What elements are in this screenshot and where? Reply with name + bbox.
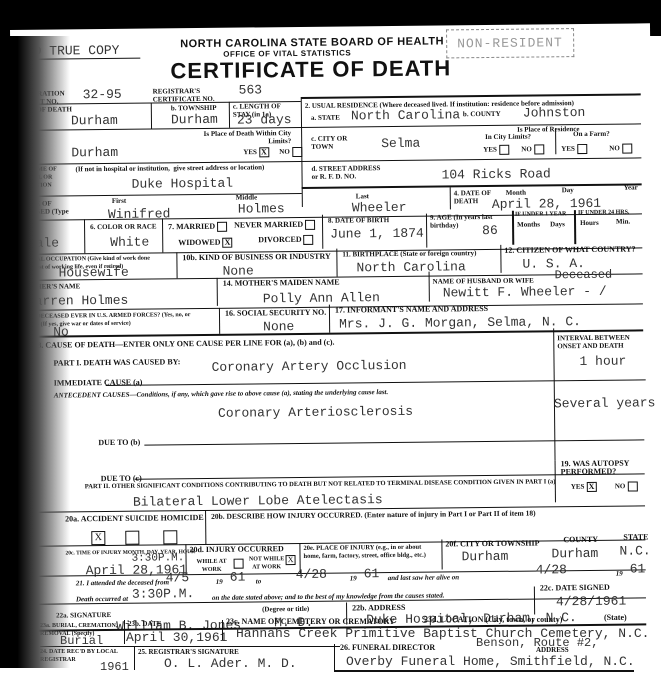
autopsy-no[interactable]: NO bbox=[615, 481, 638, 491]
year-label: Year bbox=[624, 183, 638, 191]
divider bbox=[144, 439, 644, 445]
certified-copy-label: FIED TRUE COPY bbox=[10, 43, 140, 60]
dob-value: June 1, 1874 bbox=[330, 226, 424, 242]
age-label: 9. AGE (In years last birthday) bbox=[430, 213, 514, 230]
part2-value: Bilateral Lower Lobe Atelectasis bbox=[133, 492, 383, 510]
while-at-work-checkbox[interactable] bbox=[234, 559, 244, 569]
no-checkbox[interactable] bbox=[622, 143, 632, 153]
due-to-b-value: Coronary Arteriosclerosis bbox=[218, 404, 413, 421]
street-address-label: d. STREET ADDRESS or R. F. D. NO. bbox=[311, 164, 381, 181]
married-checkbox[interactable] bbox=[217, 222, 227, 232]
injury-state-value: N.C. bbox=[619, 543, 650, 558]
date-signed-label: 22c. DATE SIGNED bbox=[540, 584, 610, 593]
divider bbox=[555, 460, 556, 502]
month-label: Month bbox=[506, 189, 526, 197]
injury-county-label: COUNTY bbox=[563, 536, 598, 544]
township-value: Durham bbox=[171, 112, 218, 127]
yes-checkbox[interactable]: X bbox=[586, 482, 596, 492]
filed-value: 1961 bbox=[100, 660, 129, 674]
autopsy-label: 19. WAS AUTOPSY PERFORMED? bbox=[561, 459, 641, 476]
divider bbox=[124, 620, 125, 644]
res-farm-no[interactable]: NO bbox=[609, 143, 632, 153]
no-label: NO bbox=[615, 482, 626, 490]
last-name-label: Last bbox=[356, 192, 369, 200]
last-saw-label: and last saw her alive on bbox=[388, 573, 459, 582]
divider bbox=[334, 644, 335, 672]
describe-injury-label: 20b. DESCRIBE HOW INJURY OCCURRED. (Ente… bbox=[211, 510, 536, 521]
injury-county-value: Durham bbox=[551, 546, 598, 561]
days-label: Days bbox=[550, 220, 565, 228]
no-label: NO bbox=[279, 148, 290, 156]
residence-city-label: c. CITY OR TOWN bbox=[311, 134, 351, 150]
yes-checkbox[interactable] bbox=[577, 144, 587, 154]
interval-b-value: Several years bbox=[554, 395, 656, 411]
attended-to-value: 4/28 bbox=[296, 567, 327, 582]
ssn-label: 16. SOCIAL SECURITY NO. bbox=[225, 309, 326, 318]
divider bbox=[336, 249, 337, 277]
widowed-label: WIDOWED bbox=[178, 238, 220, 247]
race-label: 6. COLOR OR RACE bbox=[90, 222, 157, 231]
death-city-limits-no[interactable]: NO bbox=[279, 147, 302, 157]
divider bbox=[450, 187, 451, 209]
divider bbox=[40, 646, 340, 647]
signature-label: 22a. SIGNATURE bbox=[56, 611, 111, 620]
res-city-no[interactable]: NO bbox=[521, 144, 544, 154]
residence-state-label: a. STATE bbox=[311, 114, 340, 122]
antecedent-label: ANTECEDENT CAUSES—Conditions, if any, wh… bbox=[54, 388, 388, 400]
address-small-label: ADDRESS bbox=[536, 646, 569, 654]
divider bbox=[12, 193, 302, 197]
ssn-value: None bbox=[263, 319, 294, 334]
months-label: Months bbox=[517, 220, 540, 228]
no-checkbox[interactable] bbox=[534, 144, 544, 154]
first-name-label: First bbox=[112, 197, 126, 205]
yes-label: YES bbox=[571, 483, 585, 491]
street-address-value: 104 Ricks Road bbox=[441, 166, 550, 182]
burial-date-label: 23b. DATE bbox=[128, 620, 161, 628]
certificate-title: CERTIFICATE OF DEATH bbox=[170, 55, 451, 84]
yes-checkbox[interactable]: X bbox=[259, 147, 269, 157]
last-saw-year: 61 bbox=[630, 561, 646, 576]
injury-city-label: 20f. CITY OR TOWNSHIP bbox=[445, 539, 539, 548]
divider bbox=[217, 278, 218, 306]
funeral-director-value: Overby Funeral Home, Smithfield, N.C. bbox=[346, 654, 635, 669]
death-city-limits-yes[interactable]: YESX bbox=[243, 147, 269, 157]
not-while-at-work-checkbox[interactable]: X bbox=[286, 555, 296, 565]
death-time-value: 3:30P.M. bbox=[132, 586, 195, 602]
min-label: Min. bbox=[616, 218, 630, 226]
registrar-certificate-value: 563 bbox=[239, 82, 263, 97]
on-farm-label: On a Farm? bbox=[573, 130, 610, 138]
state-label: (State) bbox=[604, 614, 627, 622]
location-label: 23d. LOCATION (City, town, or county) bbox=[424, 616, 562, 624]
divider bbox=[574, 210, 576, 244]
due-to-b-label: DUE TO (b) bbox=[98, 439, 140, 447]
res-city-yes[interactable]: YES bbox=[483, 145, 509, 155]
while-at-work-label: WHILE AT WORK bbox=[192, 558, 232, 574]
under-1-year-label: IF UNDER 1 YEAR bbox=[515, 210, 566, 219]
attended-from-year: 61 bbox=[230, 570, 246, 585]
divider bbox=[222, 620, 223, 640]
birthplace-label: 11. BIRTHPLACE (State or foreign country… bbox=[342, 249, 476, 258]
burial-section: 23a. BURIAL, CREMATION, REMOVAL (Specify… bbox=[0, 620, 661, 678]
non-resident-stamp: NON-RESIDENT bbox=[446, 28, 574, 58]
last-name-value: Wheeler bbox=[352, 200, 407, 216]
cause-of-death-label: 18. CAUSE OF DEATH—ENTER ONLY ONE CAUSE … bbox=[33, 339, 334, 350]
father-name-value: Warren Holmes bbox=[27, 293, 129, 309]
divider bbox=[151, 103, 152, 129]
yes-label: YES bbox=[243, 148, 257, 156]
dob-label: 8. DATE OF BIRTH bbox=[328, 216, 389, 225]
within-city-limits-label: Is Place of Death Within City Limits? bbox=[181, 129, 291, 146]
never-married-option[interactable]: NEVER MARRIED bbox=[234, 220, 315, 231]
divider bbox=[219, 308, 220, 334]
burial-date-value: April 30,1961 bbox=[126, 630, 227, 645]
immediate-cause-label: IMMEDIATE CAUSE (a) bbox=[54, 379, 143, 388]
hospital-label-short: FULL NAME OF HOSPITAL OR INSTITUTION bbox=[11, 165, 71, 190]
registration-district-value: 32-95 bbox=[83, 87, 122, 102]
divorced-checkbox[interactable] bbox=[304, 235, 314, 245]
death-county-value: Durham bbox=[71, 113, 118, 128]
under-24-hrs-label: IF UNDER 24 HRS. bbox=[578, 209, 630, 218]
attended-from-value: 4/5 bbox=[166, 570, 190, 585]
married-option[interactable]: 7. MARRIED bbox=[168, 222, 227, 233]
father-name-label: 13. FATHER'S NAME bbox=[13, 282, 81, 291]
yes-label: YES bbox=[561, 145, 575, 153]
divorced-label: DIVORCED bbox=[258, 235, 301, 244]
no-label: NO bbox=[609, 144, 620, 152]
homicide-box[interactable] bbox=[163, 531, 177, 545]
divider bbox=[301, 93, 641, 99]
injury-occurred-label: 20d. INJURY OCCURRED bbox=[189, 545, 283, 554]
not-while-at-work-label: NOT WHILE AT WORK bbox=[248, 555, 286, 571]
armed-forces-label: 15. WAS DECEASED EVER IN U.S. ARMED FORC… bbox=[13, 311, 213, 329]
cemetery-label: 23c. NAME OF CEMETERY OR CREMATORY bbox=[226, 618, 395, 626]
informant-label: 17. INFORMANT'S NAME AND ADDRESS bbox=[335, 305, 488, 315]
last-saw-value: 4/28 bbox=[536, 562, 567, 577]
nineteen-label-2: 19 bbox=[350, 574, 357, 582]
residence-county-value: Johnston bbox=[523, 105, 586, 121]
immediate-cause-value: Coronary Artery Occlusion bbox=[211, 358, 406, 375]
divider bbox=[322, 215, 323, 249]
race-value: White bbox=[110, 235, 149, 250]
residence-city-value: Selma bbox=[381, 136, 420, 151]
residence-state-value: North Carolina bbox=[351, 107, 460, 123]
place-of-death-label: PLACE OF DEATH bbox=[11, 105, 72, 114]
hospital-value: Duke Hospital bbox=[132, 176, 234, 192]
never-married-label: NEVER MARRIED bbox=[234, 220, 303, 230]
in-city-limits-label: In City Limits? bbox=[485, 133, 531, 141]
hospital-instructions: (If not in hospital or institution, give… bbox=[75, 163, 264, 173]
residence-county-label: b. COUNTY bbox=[463, 110, 501, 118]
date-signed-value: 4/28/1961 bbox=[556, 594, 626, 610]
divider bbox=[162, 218, 163, 252]
divider bbox=[334, 670, 634, 672]
business-label: 10b. KIND OF BUSINESS OR INDUSTRY bbox=[182, 253, 330, 263]
business-value: None bbox=[222, 263, 253, 278]
divider bbox=[426, 214, 427, 248]
birthplace-value: North Carolina bbox=[356, 259, 465, 275]
divider bbox=[301, 123, 641, 128]
middle-name-label: Middle bbox=[236, 193, 257, 201]
divider bbox=[134, 646, 135, 670]
interval-label: INTERVAL BETWEEN ONSET AND DEATH bbox=[557, 333, 647, 350]
divorced-option[interactable]: DIVORCED bbox=[258, 235, 314, 246]
yes-checkbox[interactable] bbox=[499, 145, 509, 155]
widowed-option[interactable]: WIDOWEDX bbox=[178, 238, 232, 249]
widowed-checkbox[interactable]: X bbox=[222, 238, 232, 248]
hours-label: Hours bbox=[580, 219, 599, 227]
autopsy-yes[interactable]: YESX bbox=[571, 482, 597, 492]
sex-value: Female bbox=[12, 235, 59, 250]
spouse-status: Deceased bbox=[555, 268, 613, 283]
middle-name-value: Holmes bbox=[238, 201, 285, 216]
funeral-director-label: 26. FUNERAL DIRECTOR bbox=[340, 644, 435, 652]
registrar-signature-label: 25. REGISTRAR'S SIGNATURE bbox=[138, 648, 239, 656]
divider bbox=[205, 510, 206, 544]
informant-value: Mrs. J. G. Morgan, Selma, N. C. bbox=[339, 314, 581, 332]
manner-label: 20a. ACCIDENT SUICIDE HOMICIDE bbox=[65, 514, 204, 523]
divider bbox=[512, 211, 514, 245]
divider bbox=[329, 305, 330, 333]
date-of-death-label: 4. DATE OF DEATH bbox=[454, 189, 494, 205]
registrar-signature-value: O. L. Ader. M. D. bbox=[164, 656, 297, 671]
death-certificate: FIED TRUE COPY NORTH CAROLINA STATE BOAR… bbox=[10, 23, 656, 638]
divider bbox=[229, 102, 230, 128]
res-farm-yes[interactable]: YES bbox=[561, 144, 587, 154]
part2-label: PART II. OTHER SIGNIFICANT CONDITIONS CO… bbox=[85, 478, 556, 491]
suicide-box[interactable] bbox=[125, 531, 139, 545]
age-value: 86 bbox=[482, 223, 498, 238]
injury-city-value: Durham bbox=[461, 549, 508, 564]
place-of-injury-label: 20e. PLACE OF INJURY (e.g., in or about … bbox=[303, 544, 433, 561]
divider bbox=[302, 183, 642, 189]
spouse-value: Newitt F. Wheeler - / bbox=[443, 284, 607, 301]
divider bbox=[441, 540, 442, 570]
part1-label: PART I. DEATH WAS CAUSED BY: bbox=[53, 358, 180, 367]
nineteen-label: 19 bbox=[216, 578, 223, 586]
mother-maiden-label: 14. MOTHER'S MAIDEN NAME bbox=[223, 279, 340, 288]
married-label: 7. MARRIED bbox=[168, 222, 215, 231]
accident-box[interactable]: X bbox=[91, 531, 105, 545]
nineteen-label-3: 19 bbox=[616, 570, 623, 578]
citizen-label: 12. CITIZEN OF WHAT COUNTRY? bbox=[504, 245, 635, 254]
attended-to-year: 61 bbox=[364, 566, 380, 581]
divider bbox=[84, 219, 85, 253]
interval-a-value: 1 hour bbox=[579, 354, 626, 369]
mother-maiden-value: Polly Ann Allen bbox=[263, 290, 380, 306]
to-label: to bbox=[256, 577, 262, 585]
no-label: NO bbox=[521, 145, 532, 153]
never-married-checkbox[interactable] bbox=[305, 220, 315, 230]
no-checkbox[interactable] bbox=[292, 147, 302, 157]
no-checkbox[interactable] bbox=[627, 481, 637, 491]
yes-label: YES bbox=[483, 146, 497, 154]
divider bbox=[106, 379, 646, 386]
injury-state-label: STATE bbox=[623, 533, 648, 541]
divider bbox=[176, 252, 177, 278]
length-of-stay-value: 23 days bbox=[237, 112, 292, 128]
day-label: Day bbox=[562, 186, 574, 194]
death-city-value: Durham bbox=[71, 145, 118, 160]
degree-label: (Degree or title) bbox=[262, 605, 309, 613]
